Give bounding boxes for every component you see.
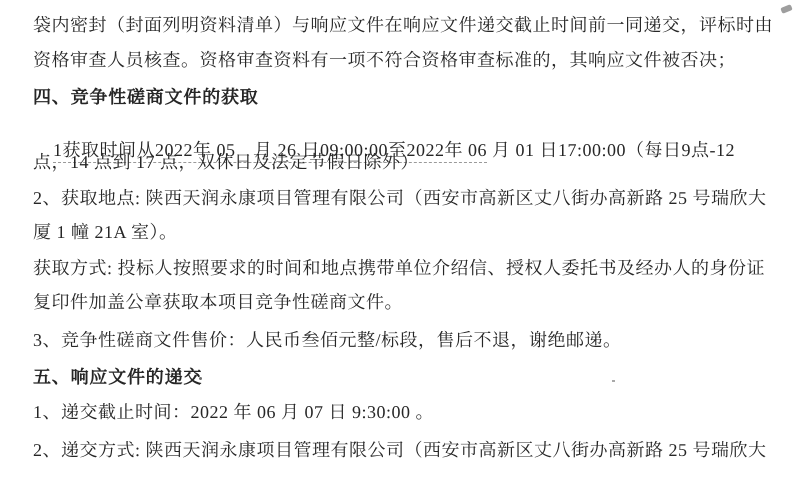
scan-dot-artifact bbox=[199, 377, 202, 380]
section-heading-submission: 五、响应文件的递交 bbox=[33, 366, 202, 388]
document-line-acquisition-place: 2、获取地点: 陕西天润永康项目管理有限公司（西安市高新区丈八街办高新路 25 … bbox=[33, 187, 767, 209]
document-line-document-price: 3、竞争性磋商文件售价：人民币叁佰元整/标段，售后不退，谢绝邮递。 bbox=[33, 329, 622, 351]
document-line-acquisition-method: 获取方式: 投标人按照要求的时间和地点携带单位介绍信、授权人委托书及经办人的身份… bbox=[33, 257, 765, 279]
document-line: 复印件加盖公章获取本项目竞争性磋商文件。 bbox=[33, 291, 403, 313]
scan-dot-artifact bbox=[612, 380, 615, 382]
scan-ink-smudge-artifact bbox=[780, 4, 792, 14]
section-heading-acquisition: 四、竞争性磋商文件的获取 bbox=[33, 86, 259, 108]
document-line: 点，14 点到 17 点，双休日及法定节假日除外） bbox=[33, 151, 419, 173]
document-line: 袋内密封（封面列明资料清单）与响应文件在响应文件递交截止时间前一同递交，评标时由 bbox=[33, 14, 773, 36]
document-line: 资格审查人员核查。资格审查资料有一项不符合资格审查标准的，其响应文件被否决； bbox=[33, 49, 736, 71]
document-line: 厦 1 幢 21A 室）。 bbox=[33, 221, 178, 243]
line-continuation-text: 月 01 日17:00:00（每日9点-12 bbox=[487, 140, 735, 160]
document-line-submission-method: 2、递交方式: 陕西天润永康项目管理有限公司（西安市高新区丈八街办高新路 25 … bbox=[33, 439, 767, 461]
scanned-document-page: 袋内密封（封面列明资料清单）与响应文件在响应文件递交截止时间前一同递交，评标时由… bbox=[0, 0, 799, 492]
document-line-acquisition-time: 1获取时间从2022年 05 月 26 日09:00:00至2022年 06 月… bbox=[33, 117, 735, 183]
document-line-submission-deadline: 1、递交截止时间：2022 年 06 月 07 日 9:30:00 。 bbox=[33, 401, 434, 423]
